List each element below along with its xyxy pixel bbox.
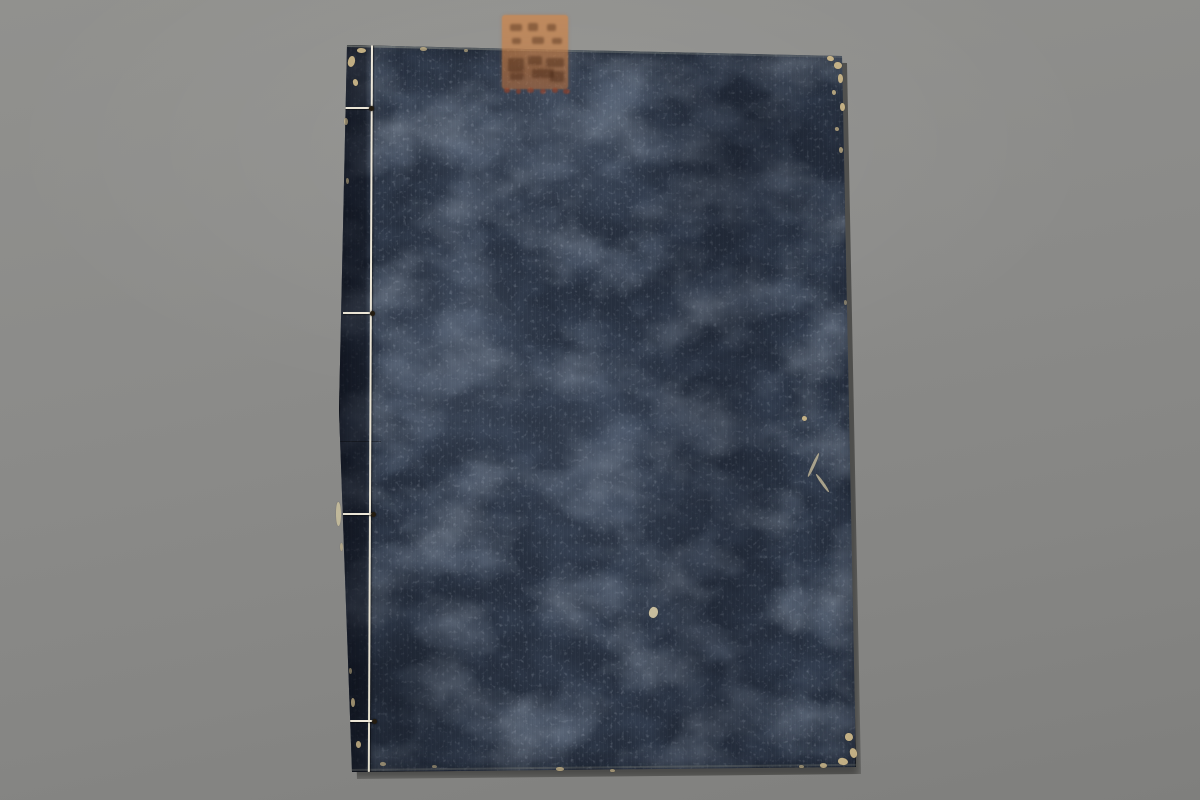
seal-ink-dot [527, 88, 534, 93]
stitch-hole [369, 106, 374, 111]
seal-glyph-mark [512, 38, 521, 44]
photo-stage [0, 0, 1200, 800]
seal-glyph-mark [510, 24, 522, 31]
stitch-hole [372, 719, 377, 724]
seal-ink-dot [516, 89, 521, 94]
seal-stamp [502, 15, 568, 89]
seal-ink-dot [563, 89, 570, 94]
seal-glyph-mark [546, 58, 564, 67]
seal-ink-dot [552, 88, 558, 93]
binding-thread-horizontal [343, 720, 373, 722]
stitch-hole [371, 512, 376, 517]
seal-glyph-mark [532, 37, 544, 44]
stitch-hole [370, 311, 375, 316]
seal-glyph-mark [528, 56, 542, 65]
seal-glyph-mark [550, 71, 564, 82]
seal-ink-dot [540, 89, 546, 94]
seal-glyph-mark [552, 38, 562, 44]
seal-ink-dot [504, 88, 510, 93]
binding-thread-horizontal [343, 513, 373, 515]
binding-thread-horizontal [343, 312, 373, 314]
wear-chip [336, 502, 341, 526]
wear-chip [340, 543, 343, 551]
binding-thread-vertical [367, 45, 373, 772]
seal-glyph-mark [547, 24, 556, 31]
book-cover [339, 45, 856, 772]
seal-glyph-mark [508, 58, 524, 72]
seal-glyph-mark [528, 23, 538, 31]
seal-glyph-mark [510, 73, 524, 80]
binding-layer [339, 45, 856, 772]
